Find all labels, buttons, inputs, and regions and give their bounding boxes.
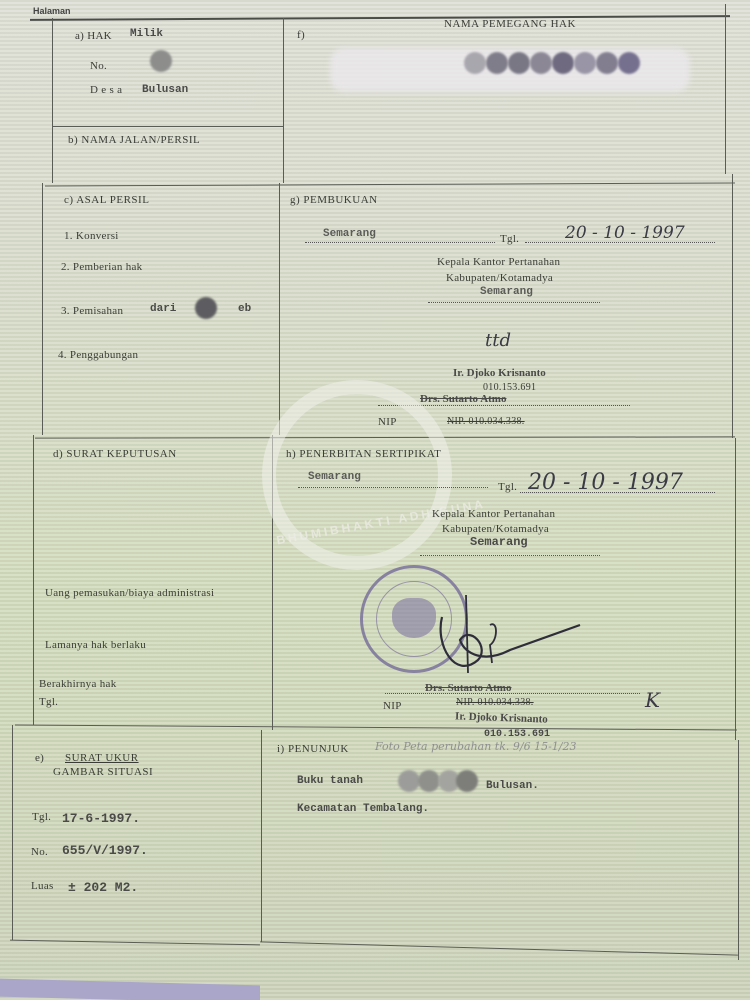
grid-line	[42, 183, 43, 435]
nama-jalan-label: b) NAMA JALAN/PERSIL	[68, 134, 200, 146]
asal-item-konversi: 1. Konversi	[64, 230, 119, 242]
penerbitan-office-line2: Kabupaten/Kotamadya	[442, 523, 549, 535]
redaction-dot	[574, 52, 596, 74]
section-e-label: e)	[35, 752, 44, 764]
gambar-situasi-title: GAMBAR SITUASI	[53, 766, 153, 778]
expiry-label: Berakhirnya hak	[39, 678, 117, 690]
hak-value: Milik	[130, 28, 163, 40]
redaction-dot	[508, 52, 530, 74]
penerbitan-struck-nip: NIP. 010.034.338.	[456, 697, 534, 708]
grid-line	[735, 438, 736, 740]
place-dotted-line	[305, 242, 495, 243]
asal-item-pemisahan: 3. Pemisahan	[61, 305, 123, 317]
grid-line	[738, 740, 739, 960]
penerbitan-tgl-label: Tgl.	[498, 481, 517, 493]
surat-ukur-no-value: 655/V/1997.	[62, 843, 148, 858]
section-f-label: f)	[297, 29, 305, 41]
asal-item-pemberian-hak: 2. Pemberian hak	[61, 261, 142, 273]
surat-keputusan-label: d) SURAT KEPUTUSAN	[53, 448, 177, 460]
redacted-parcel-number	[195, 297, 217, 319]
penerbitan-signer-nip: 010.153.691	[484, 729, 550, 740]
pembukuan-signature: ttd	[485, 330, 511, 351]
desa-value: Bulusan	[142, 84, 188, 96]
pembukuan-office-line2: Kabupaten/Kotamadya	[446, 272, 553, 284]
grid-line	[725, 4, 726, 174]
validity-label: Lamanya hak berlaku	[45, 639, 146, 651]
grid-line	[283, 18, 284, 183]
initial-mark: K	[645, 688, 660, 712]
redaction-dot	[418, 770, 440, 792]
penerbitan-office-line1: Kepala Kantor Pertanahan	[432, 508, 555, 520]
luas-label: Luas	[31, 880, 54, 892]
asal-persil-label: c) ASAL PERSIL	[64, 194, 149, 206]
surat-ukur-title: SURAT UKUR	[65, 752, 139, 764]
redacted-number	[150, 50, 172, 72]
pembukuan-office-city: Semarang	[480, 286, 533, 298]
redaction-dot	[596, 52, 618, 74]
kecamatan-value: Kecamatan Tembalang.	[297, 803, 429, 815]
redaction-dot	[552, 52, 574, 74]
no-label: No.	[90, 60, 107, 72]
pembukuan-struck-nip: NIP. 010.034.338.	[447, 416, 525, 427]
pembukuan-signer-name: Ir. Djoko Krisnanto	[453, 367, 546, 379]
redaction-dot	[486, 52, 508, 74]
penerbitan-date: 20 - 10 - 1997	[528, 470, 683, 495]
pembukuan-label: g) PEMBUKUAN	[290, 194, 378, 206]
grid-line	[52, 126, 283, 127]
pembukuan-date: 20 - 10 - 1997	[565, 223, 685, 243]
luas-value: ± 202 M2.	[68, 880, 138, 895]
asal-item-penggabungan: 4. Penggabungan	[58, 349, 138, 361]
redaction-dot	[456, 770, 478, 792]
penerbitan-nip-label: NIP	[383, 700, 402, 712]
signature-dotted-line	[385, 693, 640, 694]
surat-ukur-tgl-label: Tgl.	[32, 811, 51, 823]
hak-label: a) HAK	[75, 30, 112, 42]
buku-tanah-desa: Bulusan.	[486, 780, 539, 792]
pembukuan-place: Semarang	[323, 228, 376, 240]
grid-line	[261, 730, 262, 942]
city-dotted-line	[428, 302, 600, 303]
pembukuan-signer-nip: 010.153.691	[483, 382, 536, 393]
penerbitan-place: Semarang	[308, 471, 361, 483]
grid-line	[732, 174, 733, 438]
pemisahan-value: dari	[150, 303, 176, 315]
penunjuk-handwritten-note: Foto Peta perubahan tk. 9/6 15-1/23	[375, 740, 577, 753]
penerbitan-label: h) PENERBITAN SERTIPIKAT	[286, 448, 441, 460]
pembukuan-struck-name: Drs. Sutarto Atmo	[420, 393, 506, 405]
expiry-tgl-label: Tgl.	[39, 696, 58, 708]
nama-pemegang-hak-title: NAMA PEMEGANG HAK	[444, 18, 576, 30]
place-dotted-line	[298, 487, 488, 488]
grid-line	[52, 18, 53, 183]
city-dotted-line	[420, 555, 600, 556]
redaction-dot	[530, 52, 552, 74]
grid-line	[33, 435, 34, 725]
penunjuk-label: i) PENUNJUK	[277, 743, 349, 755]
pembukuan-office-line1: Kepala Kantor Pertanahan	[437, 256, 560, 268]
fee-label: Uang pemasukan/biaya administrasi	[45, 587, 214, 599]
pemisahan-suffix: eb	[238, 303, 251, 315]
penerbitan-struck-name: Drs. Sutarto Atmo	[425, 682, 511, 694]
grid-line	[12, 725, 13, 940]
buku-tanah-label: Buku tanah	[297, 775, 363, 787]
penerbitan-office-city: Semarang	[470, 535, 528, 549]
handwritten-signature	[430, 585, 590, 675]
desa-label: D e s a	[90, 84, 122, 96]
pembukuan-tgl-label: Tgl.	[500, 233, 519, 245]
surat-ukur-tgl-value: 17-6-1997.	[62, 811, 140, 826]
grid-line	[279, 183, 280, 435]
redaction-dot	[464, 52, 486, 74]
surat-ukur-no-label: No.	[31, 846, 48, 858]
redaction-dot	[398, 770, 420, 792]
page-label: Halaman	[33, 6, 71, 16]
redaction-dot	[618, 52, 640, 74]
